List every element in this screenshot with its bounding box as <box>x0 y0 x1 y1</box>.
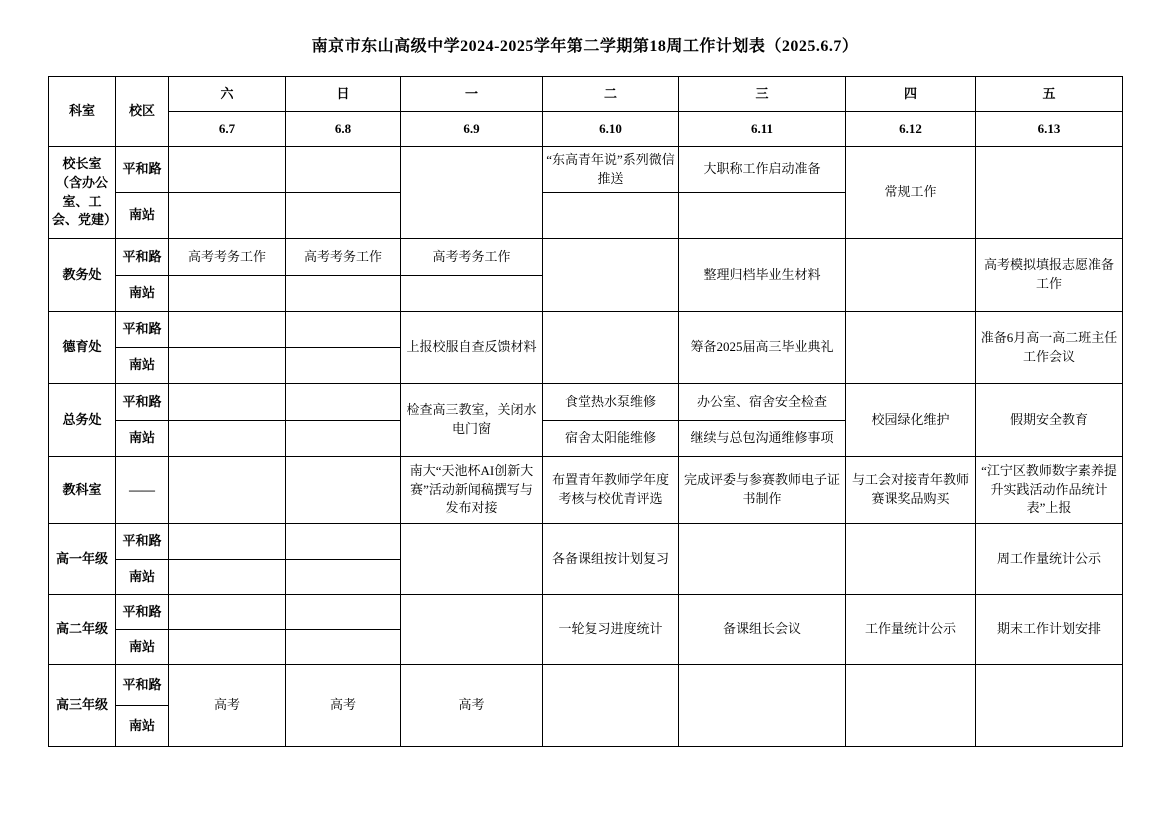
task-cell: 备课组长会议 <box>679 595 846 665</box>
task-cell <box>846 312 976 384</box>
campus-cell: 平和路 <box>116 312 169 348</box>
task-cell: 整理归档毕业生材料 <box>679 239 846 312</box>
task-cell: 假期安全教育 <box>976 384 1123 457</box>
task-cell: 上报校服自查反馈材料 <box>401 312 543 384</box>
task-cell <box>976 147 1123 239</box>
task-cell <box>169 147 286 193</box>
task-cell: 布置青年教师学年度考核与校优青评选 <box>543 457 679 524</box>
date-header-cell: 6.13 <box>976 112 1123 147</box>
task-cell <box>169 348 286 384</box>
task-cell <box>169 457 286 524</box>
campus-cell: 平和路 <box>116 524 169 560</box>
schedule-table-body: 科室校区六日一二三四五6.76.86.96.106.116.126.13校长室（… <box>49 77 1123 747</box>
date-header-cell: 6.12 <box>846 112 976 147</box>
date-header-cell: 6.11 <box>679 112 846 147</box>
day-header-cell: 一 <box>401 77 543 112</box>
document-page: 南京市东山高级中学2024-2025学年第二学期第18周工作计划表（2025.6… <box>0 0 1170 827</box>
task-cell <box>286 348 401 384</box>
day-header-cell: 二 <box>543 77 679 112</box>
task-cell: 一轮复习进度统计 <box>543 595 679 665</box>
task-cell: 高考模拟填报志愿准备工作 <box>976 239 1123 312</box>
task-cell <box>169 595 286 630</box>
task-cell <box>169 312 286 348</box>
campus-cell: 南站 <box>116 193 169 239</box>
task-cell: 大职称工作启动准备 <box>679 147 846 193</box>
task-cell <box>286 312 401 348</box>
task-cell: 期末工作计划安排 <box>976 595 1123 665</box>
dept-cell: 总务处 <box>49 384 116 457</box>
task-cell <box>169 560 286 595</box>
task-cell: 筹备2025届高三毕业典礼 <box>679 312 846 384</box>
dept-cell: 德育处 <box>49 312 116 384</box>
task-cell: 准备6月高一高二班主任工作会议 <box>976 312 1123 384</box>
day-header-cell: 日 <box>286 77 401 112</box>
table-row: 总务处平和路检查高三教室，关闭水电门窗食堂热水泵维修办公室、宿舍安全检查校园绿化… <box>49 384 1123 421</box>
task-cell <box>401 147 543 239</box>
task-cell <box>169 421 286 457</box>
date-header-cell: 6.9 <box>401 112 543 147</box>
task-cell: 校园绿化维护 <box>846 384 976 457</box>
campus-cell: 南站 <box>116 560 169 595</box>
dept-cell: 高一年级 <box>49 524 116 595</box>
corner-header-cell: 校区 <box>116 77 169 147</box>
task-cell: 常规工作 <box>846 147 976 239</box>
day-header-cell: 五 <box>976 77 1123 112</box>
task-cell: 高考考务工作 <box>169 239 286 276</box>
corner-header-cell: 科室 <box>49 77 116 147</box>
table-row: 高一年级平和路各备课组按计划复习周工作量统计公示 <box>49 524 1123 560</box>
task-cell <box>401 276 543 312</box>
task-cell: 办公室、宿舍安全检查 <box>679 384 846 421</box>
task-cell <box>543 312 679 384</box>
task-cell: 周工作量统计公示 <box>976 524 1123 595</box>
task-cell <box>169 630 286 665</box>
task-cell <box>679 665 846 747</box>
day-header-cell: 四 <box>846 77 976 112</box>
dept-cell: 教科室 <box>49 457 116 524</box>
task-cell: 南大“天池杯AI创新大赛”活动新闻稿撰写与发布对接 <box>401 457 543 524</box>
date-header-cell: 6.8 <box>286 112 401 147</box>
task-cell <box>286 384 401 421</box>
task-cell: 高考考务工作 <box>401 239 543 276</box>
table-row: 教务处平和路高考考务工作高考考务工作高考考务工作整理归档毕业生材料高考模拟填报志… <box>49 239 1123 276</box>
task-cell <box>169 276 286 312</box>
task-cell <box>169 524 286 560</box>
task-cell <box>846 665 976 747</box>
task-cell <box>846 239 976 312</box>
table-row: 校长室（含办公室、工会、党建）平和路“东高青年说”系列微信推送大职称工作启动准备… <box>49 147 1123 193</box>
task-cell <box>286 421 401 457</box>
task-cell <box>401 524 543 595</box>
campus-cell: 平和路 <box>116 595 169 630</box>
task-cell: 与工会对接青年教师赛课奖品购买 <box>846 457 976 524</box>
table-row: 6.76.86.96.106.116.126.13 <box>49 112 1123 147</box>
task-cell: 高考 <box>401 665 543 747</box>
campus-cell: 南站 <box>116 630 169 665</box>
table-row: 教科室——南大“天池杯AI创新大赛”活动新闻稿撰写与发布对接布置青年教师学年度考… <box>49 457 1123 524</box>
task-cell <box>846 524 976 595</box>
task-cell <box>286 595 401 630</box>
task-cell: 高考 <box>169 665 286 747</box>
task-cell <box>401 595 543 665</box>
task-cell <box>169 193 286 239</box>
dept-cell: 教务处 <box>49 239 116 312</box>
task-cell <box>169 384 286 421</box>
task-cell: 宿舍太阳能维修 <box>543 421 679 457</box>
table-row: 科室校区六日一二三四五 <box>49 77 1123 112</box>
task-cell <box>286 457 401 524</box>
table-row: 高三年级平和路高考高考高考 <box>49 665 1123 706</box>
task-cell <box>286 193 401 239</box>
campus-cell: 南站 <box>116 276 169 312</box>
task-cell: “江宁区教师数字素养提升实践活动作品统计表”上报 <box>976 457 1123 524</box>
campus-cell: 平和路 <box>116 147 169 193</box>
task-cell: 完成评委与参赛教师电子证书制作 <box>679 457 846 524</box>
task-cell: “东高青年说”系列微信推送 <box>543 147 679 193</box>
task-cell <box>976 665 1123 747</box>
table-row: 高二年级平和路一轮复习进度统计备课组长会议工作量统计公示期末工作计划安排 <box>49 595 1123 630</box>
task-cell: 工作量统计公示 <box>846 595 976 665</box>
page-title: 南京市东山高级中学2024-2025学年第二学期第18周工作计划表（2025.6… <box>0 0 1170 56</box>
table-row: 德育处平和路上报校服自查反馈材料筹备2025届高三毕业典礼准备6月高一高二班主任… <box>49 312 1123 348</box>
task-cell <box>543 239 679 312</box>
date-header-cell: 6.10 <box>543 112 679 147</box>
task-cell: 检查高三教室，关闭水电门窗 <box>401 384 543 457</box>
task-cell <box>543 665 679 747</box>
dept-cell: 高三年级 <box>49 665 116 747</box>
day-header-cell: 三 <box>679 77 846 112</box>
task-cell: 各备课组按计划复习 <box>543 524 679 595</box>
task-cell <box>679 524 846 595</box>
task-cell <box>679 193 846 239</box>
task-cell <box>286 630 401 665</box>
task-cell <box>543 193 679 239</box>
task-cell <box>286 147 401 193</box>
task-cell: 食堂热水泵维修 <box>543 384 679 421</box>
campus-cell: 南站 <box>116 421 169 457</box>
task-cell: 高考 <box>286 665 401 747</box>
campus-cell: —— <box>116 457 169 524</box>
date-header-cell: 6.7 <box>169 112 286 147</box>
task-cell: 继续与总包沟通维修事项 <box>679 421 846 457</box>
dept-cell: 校长室（含办公室、工会、党建） <box>49 147 116 239</box>
campus-cell: 南站 <box>116 706 169 747</box>
campus-cell: 平和路 <box>116 665 169 706</box>
task-cell <box>286 560 401 595</box>
dept-cell: 高二年级 <box>49 595 116 665</box>
task-cell: 高考考务工作 <box>286 239 401 276</box>
campus-cell: 平和路 <box>116 384 169 421</box>
task-cell <box>286 524 401 560</box>
campus-cell: 平和路 <box>116 239 169 276</box>
task-cell <box>286 276 401 312</box>
weekly-schedule-table: 科室校区六日一二三四五6.76.86.96.106.116.126.13校长室（… <box>48 76 1123 747</box>
campus-cell: 南站 <box>116 348 169 384</box>
day-header-cell: 六 <box>169 77 286 112</box>
